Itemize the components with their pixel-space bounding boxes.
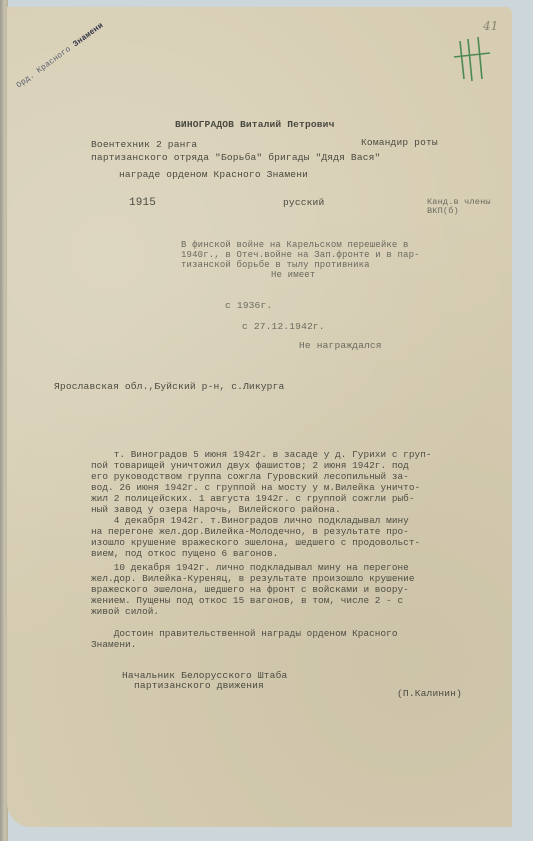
military-rank: Воентехник 2 ранга xyxy=(91,139,197,150)
combat-participation-line3: тизанской борьбе в тылу противника xyxy=(181,260,370,270)
narrative-line: пой товарищей уничтожил двух фашистов; 2… xyxy=(91,461,409,472)
narrative-line: 10 декабря 1942г. лично подкладывал мину… xyxy=(91,563,409,574)
signatory-title-line2: партизанского движения xyxy=(134,680,264,691)
narrative-line: изошло крушение вражеского эшелона, шедш… xyxy=(91,538,420,549)
narrative-line: жением. Пущены под откос 15 вагонов, в т… xyxy=(91,596,403,607)
narrative-line: на перегоне жел.дор.Вилейка-Молодечно, в… xyxy=(91,527,409,538)
party-status-line2: ВКП(б) xyxy=(427,206,459,216)
narrative-line: вражеского эшелона, шедшего на фронт с в… xyxy=(91,585,409,596)
person-name: ВИНОГРАДОВ Виталий Петрович xyxy=(175,119,335,130)
narrative-line: его руководством группа сожгла Гуровский… xyxy=(91,472,409,483)
folio-number: 41 xyxy=(483,19,498,33)
combat-participation-line1: В финской войне на Карельском перешейке … xyxy=(181,240,409,250)
narrative-line: жел.дор. Вилейка-Куреняц, в результате п… xyxy=(91,574,415,585)
stamp-emphasis: Знамени xyxy=(72,21,106,49)
army-service-since: с 1936г. xyxy=(225,300,272,311)
position: Командир роты xyxy=(361,137,438,148)
narrative-line: Достоин правительственной награды ордено… xyxy=(91,629,398,640)
award-subject: награде орденом Красного Знамени xyxy=(119,169,308,180)
signatory-name: (П.Калинин) xyxy=(397,688,462,699)
combat-participation-line2: 1940г., в Отеч.войне на Зап.фронте и в п… xyxy=(181,250,420,260)
narrative-line: вод. 26 июня 1942г. с группой на мосту у… xyxy=(91,483,420,494)
birth-year: 1915 xyxy=(129,197,156,209)
narrative-line: 4 декабря 1942г. т.Виноградов лично подк… xyxy=(91,516,409,527)
previous-awards: Не награждался xyxy=(299,340,382,351)
narrative-line: вием, под откос пущено 6 вагонов. xyxy=(91,549,278,560)
unit: партизанского отряда "Борьба" бригады "Д… xyxy=(91,152,380,163)
document-page: Орд. Красного Знамени 41 ВИНОГРАДОВ Вита… xyxy=(7,7,512,827)
nationality: русский xyxy=(283,197,324,208)
award-stamp: Орд. Красного Знамени xyxy=(15,21,105,90)
archive-check-mark-icon xyxy=(452,35,492,83)
narrative-line: т. Виноградов 5 июня 1942г. в засаде у д… xyxy=(91,450,432,461)
wounds: Не имеет xyxy=(271,270,315,280)
narrative-line: живой силой. xyxy=(91,607,159,618)
narrative-line: жил 2 полицейских. 1 августа 1942г. с гр… xyxy=(91,494,415,505)
home-address: Ярославская обл.,Буйский р-н, с.Ликурга xyxy=(54,381,284,392)
narrative-line: Знамени. xyxy=(91,640,136,651)
narrative-line: ный завод у озера Нарочь, Вилейского рай… xyxy=(91,505,341,516)
stamp-prefix: Орд. Красного xyxy=(15,45,73,90)
partisan-since: с 27.12.1942г. xyxy=(242,321,325,332)
